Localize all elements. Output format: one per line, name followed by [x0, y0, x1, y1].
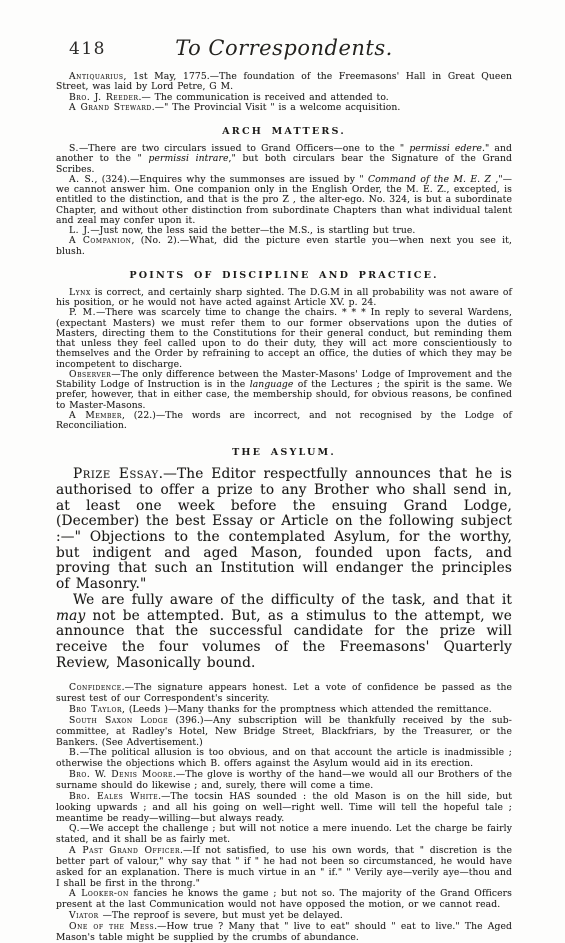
correspondent-name: A Grand Steward	[69, 102, 152, 113]
paragraph: Observer—The only difference between the…	[56, 370, 512, 411]
correspondent-name: A Looker-on	[69, 888, 129, 899]
correspondent-name: Confidence	[69, 682, 122, 693]
section-heading: POINTS OF DISCIPLINE AND PRACTICE.	[56, 270, 512, 281]
section-points-of-discipline: POINTS OF DISCIPLINE AND PRACTICE.Lynx i…	[56, 270, 512, 432]
paragraph: Bro. Eales White.—The tocsin HAS sounded…	[56, 792, 512, 825]
correspondent-name: A Companion	[69, 235, 131, 246]
correspondent-name: Observer	[69, 369, 111, 380]
section-closing-notices: Confidence.—The signature appears honest…	[56, 683, 512, 943]
paragraph: South Saxon Lodge (396.)—Any subscriptio…	[56, 716, 512, 749]
scanned-page: 418 To Correspondents. Antiquarius, 1st …	[0, 0, 565, 943]
italic-text: may	[56, 608, 85, 624]
correspondent-name: B.	[69, 747, 80, 758]
paragraph: Antiquarius, 1st May, 1775.—The foundati…	[56, 72, 512, 93]
correspondent-name: Prize Essay	[73, 466, 159, 482]
paragraph: A Member, (22.)—The words are incorrect,…	[56, 411, 512, 432]
correspondent-name: Antiquarius	[69, 71, 124, 82]
paragraph: Confidence.—The signature appears honest…	[56, 683, 512, 705]
paragraph: A Past Grand Officer.—If not satisfied, …	[56, 846, 512, 889]
scan-artifact: .. · ·· —···· · · ·	[188, 928, 333, 935]
italic-text: permissi intrare	[148, 153, 228, 164]
italic-text: permissi edere	[409, 143, 482, 154]
content: Antiquarius, 1st May, 1775.—The foundati…	[56, 72, 512, 943]
paragraph: Lynx is correct, and certainly sharp sig…	[56, 288, 512, 309]
section-heading: ARCH MATTERS.	[56, 126, 512, 137]
paragraph: A Looker-on fancies he knows the game ; …	[56, 889, 512, 911]
correspondent-name: Bro Taylor	[69, 704, 122, 715]
paragraph: A. S., (324).—Enquires why the summonses…	[56, 175, 512, 226]
section-heading: THE ASYLUM.	[56, 447, 512, 458]
paragraph: A Companion, (No. 2).—What, did the pict…	[56, 236, 512, 257]
italic-text: language	[250, 379, 294, 390]
page-header: 418 To Correspondents.	[56, 36, 512, 63]
paragraph: Q.—We accept the challenge ; but will no…	[56, 824, 512, 846]
correspondent-name: Bro. Eales White	[69, 791, 158, 802]
paragraph: A Grand Steward.—" The Provincial Visit …	[56, 103, 512, 113]
correspondent-name: Q.	[69, 823, 80, 834]
paragraph: Prize Essay.—The Editor respectfully ann…	[56, 467, 512, 593]
italic-text: Command of the M. E. Z	[368, 174, 491, 185]
section-opening-notices: Antiquarius, 1st May, 1775.—The foundati…	[56, 72, 512, 113]
correspondent-name: S.	[69, 143, 79, 154]
correspondent-name: A Member	[69, 410, 122, 421]
paragraph: Bro. W. Denis Moore.—The glove is worthy…	[56, 770, 512, 792]
paragraph: We are fully aware of the difficulty of …	[56, 593, 512, 672]
correspondent-name: Viator	[69, 910, 99, 921]
paragraph: S.—There are two circulars issued to Gra…	[56, 144, 512, 175]
correspondent-name: Lynx	[69, 287, 91, 298]
paragraph: P. M.—There was scarcely time to change …	[56, 308, 512, 370]
section-arch-matters: ARCH MATTERS.S.—There are two circulars …	[56, 126, 512, 257]
page-title: To Correspondents.	[56, 36, 512, 60]
section-the-asylum: THE ASYLUM.Prize Essay.—The Editor respe…	[56, 447, 512, 671]
correspondent-name: P. M.	[69, 307, 96, 318]
correspondent-name: One of the Mess	[69, 921, 154, 932]
correspondent-name: South Saxon Lodge	[69, 715, 168, 726]
correspondent-name: Bro. W. Denis Moore	[69, 769, 173, 780]
paragraph: B.—The political allusion is too obvious…	[56, 748, 512, 770]
correspondent-name: A. S.	[69, 174, 94, 185]
correspondent-name: A Past Grand Officer	[69, 845, 180, 856]
